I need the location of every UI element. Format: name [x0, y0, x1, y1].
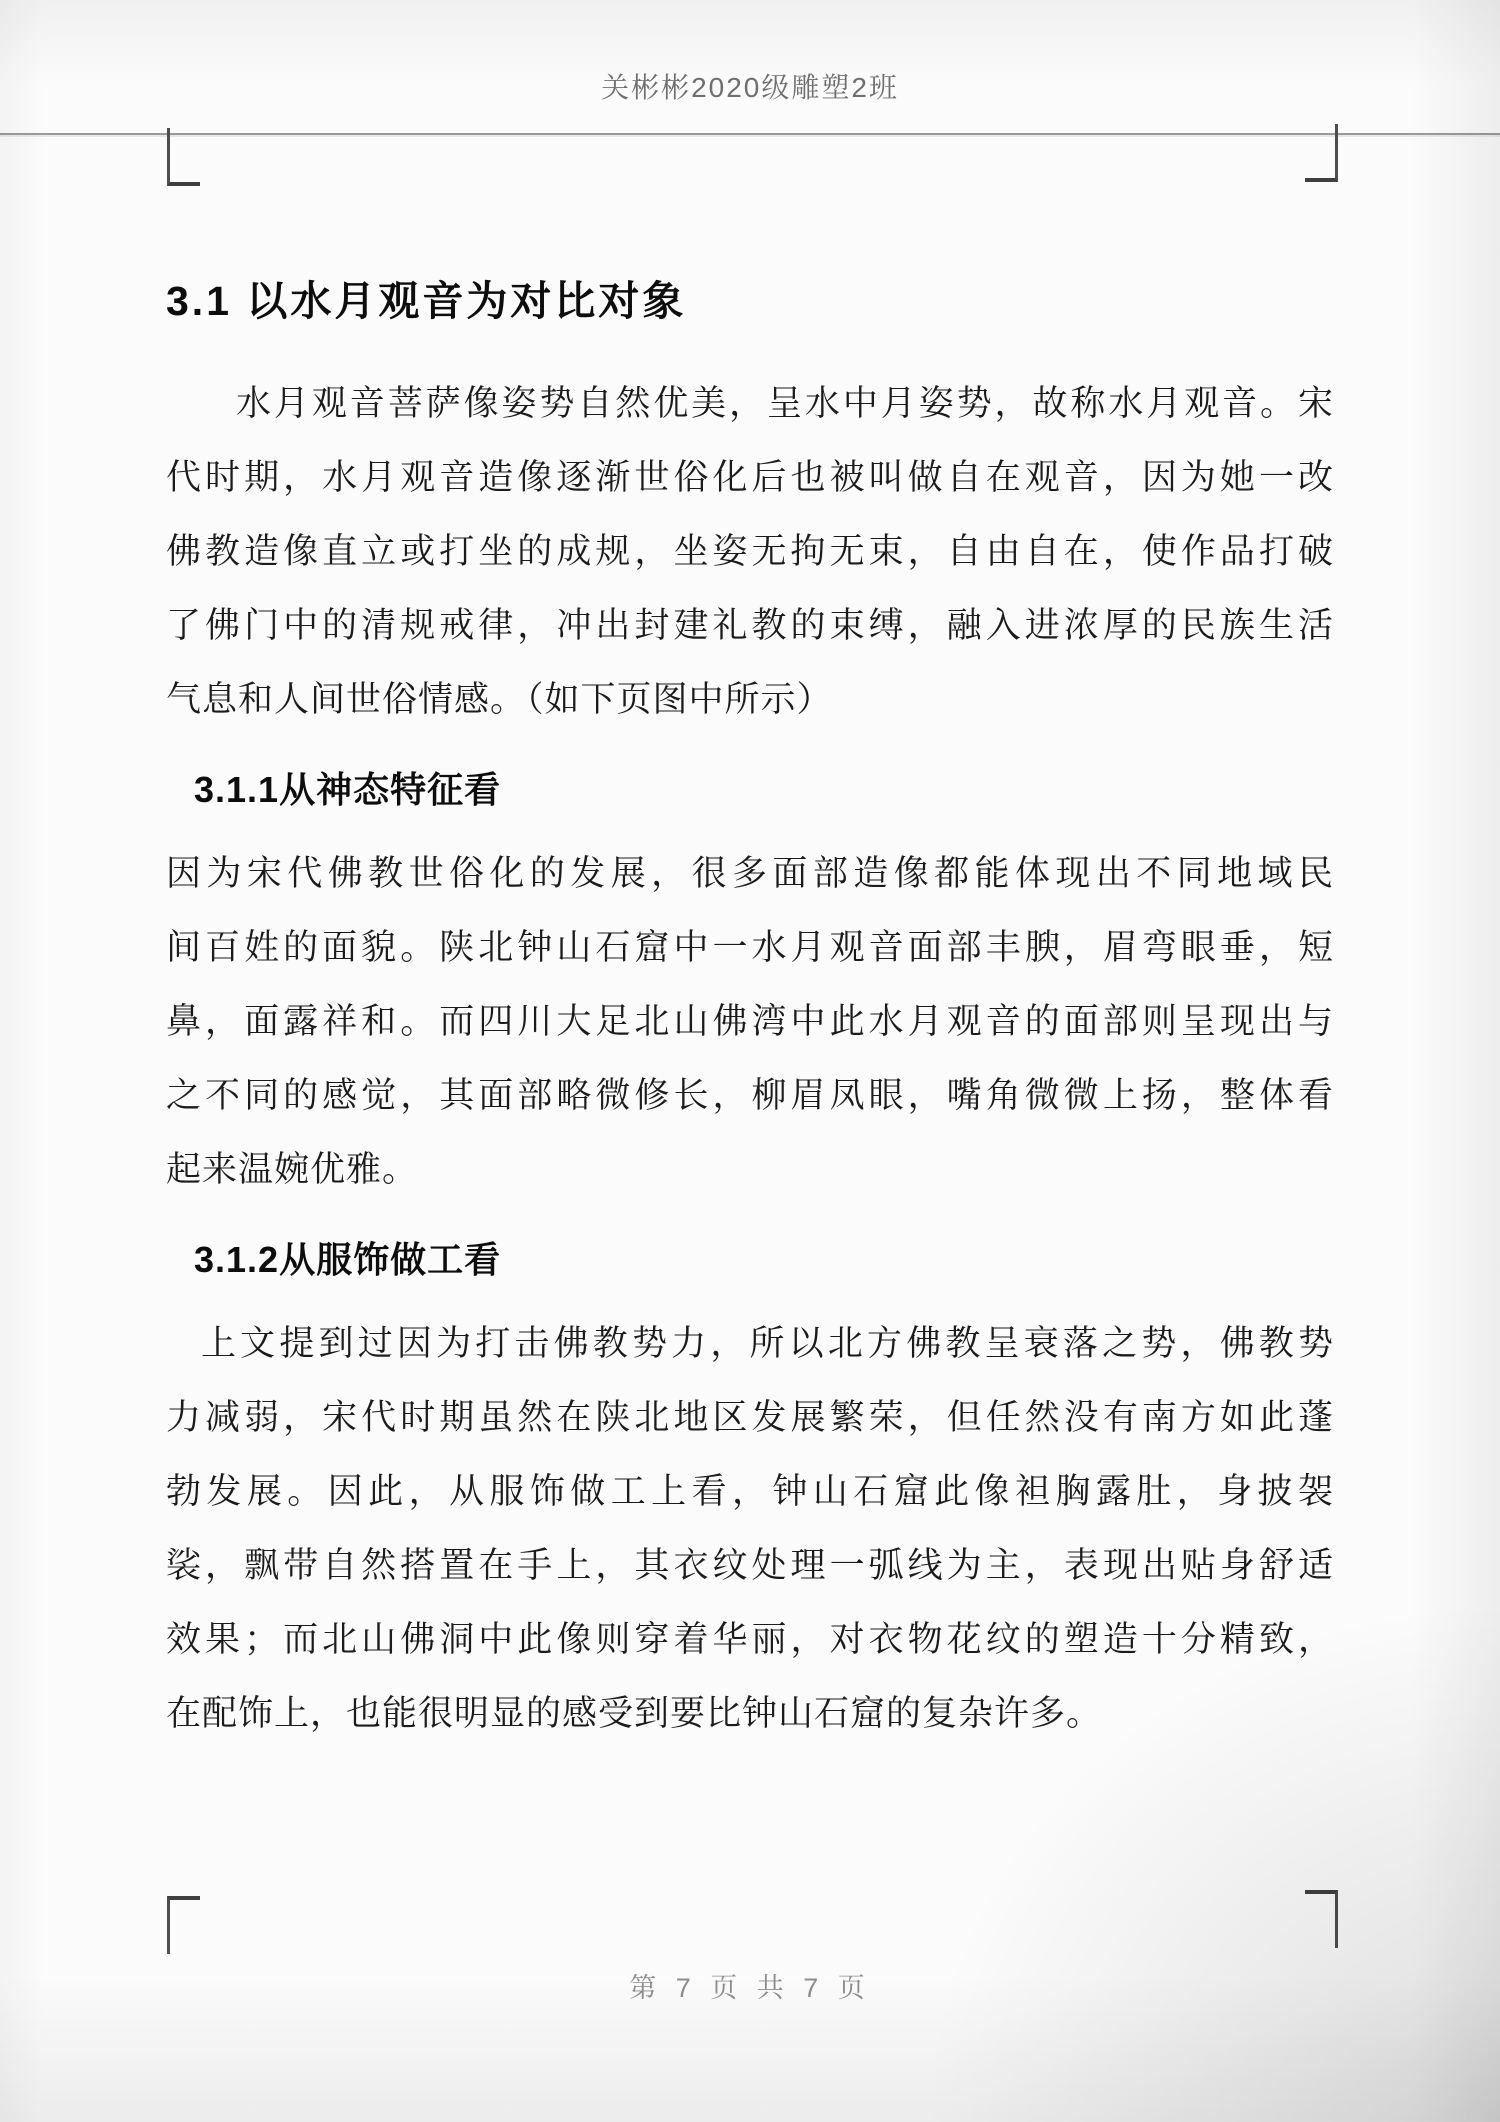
header-rule — [0, 133, 1500, 135]
text-line: 起来温婉优雅。 — [166, 1133, 1334, 1207]
section-subheading: 3.1.1从神态特征看 — [166, 753, 1334, 827]
text-boundary-mark-bottom-left — [167, 1896, 200, 1954]
text-line: 气息和人间世俗情感。（如下页图中所示） — [166, 663, 1334, 737]
page-header-title: 关彬彬2020级雕塑2班 — [0, 66, 1500, 106]
text-boundary-mark-top-left — [167, 128, 200, 186]
section-subheading: 3.1.2从服饰做工看 — [166, 1223, 1334, 1297]
paragraph: 因为宋代佛教世俗化的发展，很多面部造像都能体现出不同地域民间百姓的面貌。陕北钟山… — [166, 837, 1334, 1207]
paragraph: 上文提到过因为打击佛教势力，所以北方佛教呈衰落之势，佛教势力减弱，宋代时期虽然在… — [166, 1307, 1334, 1751]
text-line: 裟，飘带自然搭置在手上，其衣纹处理一弧线为主，表现出贴身舒适 — [166, 1529, 1334, 1603]
text-line: 勃发展。因此，从服饰做工上看，钟山石窟此像袒胸露肚，身披袈 — [166, 1455, 1334, 1529]
text-line: 水月观音菩萨像姿势自然优美，呈水中月姿势，故称水月观音。宋 — [166, 367, 1334, 441]
text-line: 了佛门中的清规戒律，冲出封建礼教的束缚，融入进浓厚的民族生活 — [166, 589, 1334, 663]
text-boundary-mark-top-right — [1305, 124, 1338, 182]
text-line: 间百姓的面貌。陕北钟山石窟中一水月观音面部丰腴，眉弯眼垂，短 — [166, 911, 1334, 985]
section-heading: 3.1 以水月观音为对比对象 — [166, 268, 1334, 327]
text-line: 之不同的感觉，其面部略微修长，柳眉凤眼，嘴角微微上扬，整体看 — [166, 1059, 1334, 1133]
page-number-footer: 第 7 页 共 7 页 — [0, 1966, 1500, 2005]
text-line: 代时期，水月观音造像逐渐世俗化后也被叫做自在观音，因为她一改 — [166, 441, 1334, 515]
paragraph: 水月观音菩萨像姿势自然优美，呈水中月姿势，故称水月观音。宋代时期，水月观音造像逐… — [166, 367, 1334, 737]
text-line: 效果；而北山佛洞中此像则穿着华丽，对衣物花纹的塑造十分精致， — [166, 1603, 1334, 1677]
text-line: 因为宋代佛教世俗化的发展，很多面部造像都能体现出不同地域民 — [166, 837, 1334, 911]
text-line: 上文提到过因为打击佛教势力，所以北方佛教呈衰落之势，佛教势 — [166, 1307, 1334, 1381]
document-body: 3.1 以水月观音为对比对象 水月观音菩萨像姿势自然优美，呈水中月姿势，故称水月… — [166, 268, 1334, 1751]
text-line: 力减弱，宋代时期虽然在陕北地区发展繁荣，但任然没有南方如此蓬 — [166, 1381, 1334, 1455]
text-line: 佛教造像直立或打坐的成规，坐姿无拘无束，自由自在，使作品打破 — [166, 515, 1334, 589]
text-boundary-mark-bottom-right — [1305, 1890, 1338, 1948]
document-page: 关彬彬2020级雕塑2班 3.1 以水月观音为对比对象 水月观音菩萨像姿势自然优… — [0, 0, 1500, 2122]
text-line: 鼻，面露祥和。而四川大足北山佛湾中此水月观音的面部则呈现出与 — [166, 985, 1334, 1059]
text-line: 在配饰上，也能很明显的感受到要比钟山石窟的复杂许多。 — [166, 1677, 1334, 1751]
